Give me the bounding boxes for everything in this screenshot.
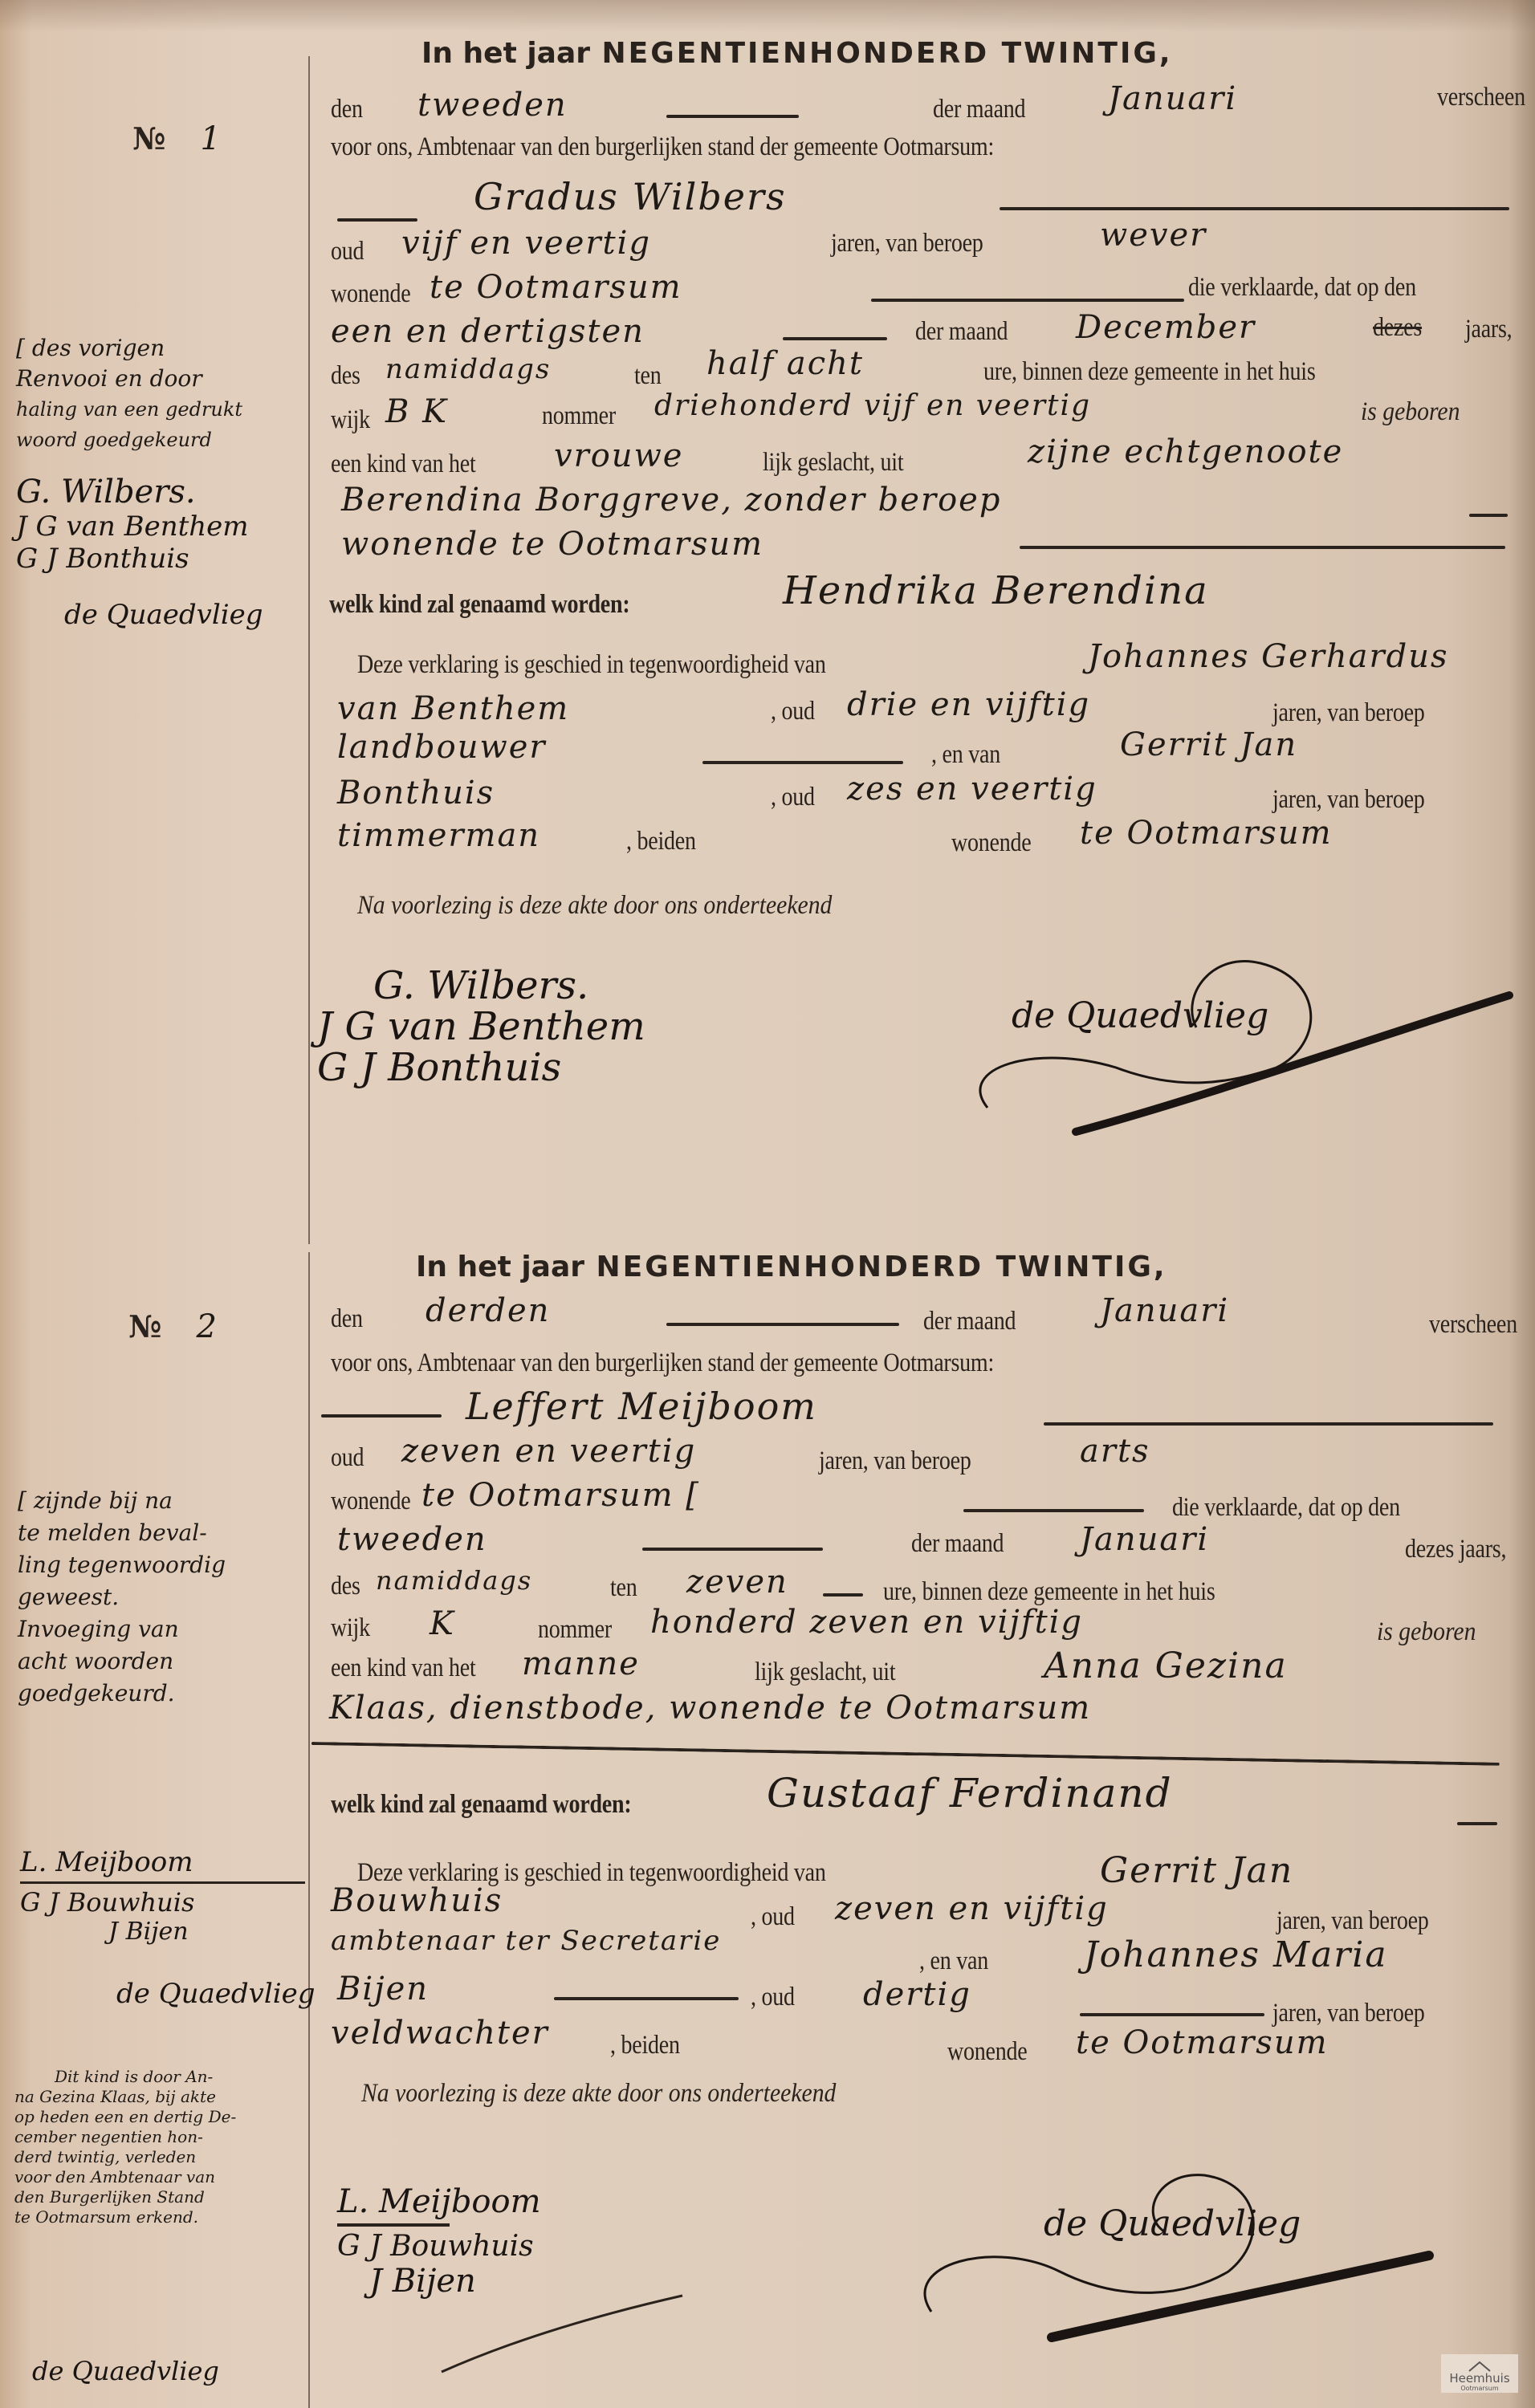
filler-rule [1080,2013,1264,2016]
mother-line-3: wonende te Ootmarsum [341,526,763,563]
witness1-age: zeven en vijftig [835,1890,1109,1927]
mother-line-2: Berendina Borggreve, zonder beroep [341,482,1001,519]
both-residence: te Ootmarsum [1076,2024,1329,2061]
recognition-note: Dit kind is door An- na Gezina Klaas, bi… [14,2067,236,2227]
witness1-name-b: Bouwhuis [331,1882,503,1919]
closing-line: Na voorlezing is deze akte door ons onde… [357,891,832,921]
declarant-residence: te Ootmarsum [430,269,682,306]
filler-rule [1469,514,1508,517]
label-des: des [331,1572,360,1601]
child-sex: manne [522,1645,640,1682]
filler-rule [666,115,799,118]
filler-rule [337,218,417,222]
witness2-age: zes en veertig [847,771,1097,807]
mother-line-1: Anna Gezina [1044,1645,1288,1686]
label-oud: oud [331,1443,364,1473]
label-child: een kind van het [331,1653,476,1683]
declarant-name: Leffert Meijboom [466,1385,817,1428]
filler-rule [823,1593,863,1597]
margin-signatures: G. Wilbers. J G van Benthem G J Bonthuis… [16,474,263,631]
label-child: een kind van het [331,449,476,479]
filler-rule [554,1997,739,2000]
day-value: derden [425,1292,550,1329]
margin-note: [ des vorigen Renvooi en door haling van… [16,333,242,455]
label-verscheen: verscheen [1437,83,1525,112]
filler-rule [1020,546,1505,549]
wijk-value: K [430,1605,455,1642]
birth-month: Januari [1080,1521,1209,1558]
label-oud: oud [331,237,364,266]
label-wonende: wonende [331,1487,410,1516]
mother-line-2: Klaas, dienstbode, wonende te Ootmarsum [329,1690,1091,1727]
roof-icon [1468,2361,1492,2372]
label-den: den [331,95,363,124]
label-wonende: wonende [331,279,410,309]
label-witness-age: , oud [751,1902,795,1932]
official-line: voor ons, Ambtenaar van den burgerlijken… [331,132,994,162]
label-witness-occupation: jaren, van beroep [1272,698,1425,728]
filler-rule [321,1414,442,1418]
label-witness: Deze verklaring is geschied in tegenwoor… [357,650,826,680]
signature: G. Wilbers. [373,963,645,1008]
witness1-age: drie en vijftig [847,686,1090,723]
official-line: voor ons, Ambtenaar van den burgerlijken… [331,1348,994,1378]
label-verscheen: verscheen [1429,1310,1517,1340]
label-and: , en van [919,1946,988,1976]
signature-block: G. Wilbers. J G van Benthem G J Bonthuis [317,963,645,1090]
label-ten: ten [610,1573,637,1603]
margin-rule [308,56,310,1244]
closing-line: Na voorlezing is deze akte door ons onde… [361,2079,836,2109]
label-birth-month: der maand [915,317,1008,347]
label-wijk: wijk [331,1613,370,1643]
label-birth-month: der maand [911,1529,1004,1559]
child-sex: vrouwe [554,437,683,474]
witness2-age: dertig [863,1976,971,2013]
act-number: № 2 [128,1308,218,1345]
label-nommer: nommer [542,401,616,431]
label-ure: ure, binnen deze gemeente in het huis [983,357,1315,387]
struck-word: dezes [1373,313,1422,343]
declarant-residence: te Ootmarsum [ [421,1477,700,1514]
label-occupation: jaren, van beroep [819,1446,971,1476]
witness2-name-a: Johannes Maria [1084,1934,1388,1975]
month-value: Januari [1100,1292,1229,1329]
label-child-name: welk kind zal genaamd worden: [331,1790,631,1820]
hour: zeven [686,1564,788,1601]
filler-rule [666,1323,899,1326]
witness2-name-b: Bijen [337,1971,429,2007]
birth-day: een en dertigsten [331,313,645,350]
filler-rule [871,299,1184,302]
declarant-occupation: arts [1080,1433,1150,1470]
witness2-name-b: Bonthuis [337,775,495,811]
signature: G J Bonthuis [317,1045,645,1090]
filler-rule [963,1509,1144,1512]
signature-flourish-icon [883,2167,1445,2368]
label-witness-age: , oud [751,1983,795,2012]
witness2-occupation: veldwachter [331,2015,549,2052]
filler-rule [642,1548,823,1551]
declarant-occupation: wever [1100,217,1207,254]
label-both-residence: wonende [951,828,1031,858]
label-declared: die verklaarde, dat op den [1188,273,1416,303]
birth-month: December [1076,309,1256,346]
witness1-occupation: ambtenaar ter Secretarie [331,1925,721,1957]
label-wijk: wijk [331,405,370,435]
label-year-ref: dezes jaars, [1405,1535,1506,1564]
label-month: der maand [923,1307,1016,1336]
witness2-occupation: timmerman [337,817,540,854]
declarant-name: Gradus Wilbers [474,175,787,218]
margin-note: [ zijnde bij na te melden beval- ling te… [18,1485,226,1710]
underline [337,2223,450,2227]
both-residence: te Ootmarsum [1080,815,1333,852]
label-witness-occupation: jaren, van beroep [1272,785,1425,815]
month-value: Januari [1108,80,1237,117]
page-edge [1509,0,1535,2408]
witness1-name-a: Gerrit Jan [1100,1850,1293,1891]
declarant-age: vijf en veertig [401,225,651,262]
label-year-ref: jaars, [1465,315,1512,344]
house-number: honderd zeven en vijftig [650,1604,1083,1641]
heemhuis-logo: Heemhuis Ootmarsum [1441,2354,1518,2393]
signature-block: L. Meijboom G J Bouwhuis J Bijen [337,2183,541,2300]
filler-rule [311,1742,1500,1766]
act-heading: In het jaar NEGENTIENHONDERD TWINTIG, [421,37,1173,70]
mother-line-1: zijne echtgenoote [1028,433,1343,470]
filler-rule [1044,1422,1493,1426]
house-number: driehonderd vijf en veertig [654,389,1091,422]
witness1-occupation: landbouwer [337,729,547,766]
page-shadow [0,0,1535,32]
label-sex-suffix: lijk geslacht, uit [763,448,903,478]
signature-flourish-icon [955,947,1517,1148]
label-and: , en van [931,740,1000,770]
label-both: , beiden [626,827,696,856]
label-both-residence: wonende [947,2037,1027,2067]
signature: L. Meijboom [337,2183,541,2220]
label-both: , beiden [610,2031,680,2060]
label-den: den [331,1304,363,1334]
declarant-age: zeven en veertig [401,1433,696,1470]
daypart: namiddags [385,353,551,385]
day-value: tweeden [417,87,568,124]
witness2-name-a: Gerrit Jan [1120,726,1297,763]
wijk-value: B K [385,393,448,430]
label-child-name: welk kind zal genaamd worden: [329,590,629,620]
signature-underline-icon [434,2292,690,2380]
label-occupation: jaren, van beroep [831,229,983,258]
recognition-signature: de Quaedvlieg [32,2356,219,2386]
label-month: der maand [933,95,1025,124]
margin-rule [308,1252,310,2408]
witness1-name-a: Johannes Gerhardus [1088,638,1449,675]
filler-rule [1000,207,1509,210]
label-sex-suffix: lijk geslacht, uit [755,1658,895,1687]
filler-rule [1457,1822,1497,1825]
filler-rule [702,761,903,764]
hour: half acht [706,345,864,382]
witness1-name-b: van Benthem [337,690,569,727]
filler-rule [783,337,887,340]
label-born: is geboren [1377,1617,1476,1647]
label-nommer: nommer [538,1615,612,1645]
child-name: Hendrika Berendina [783,568,1209,613]
label-witness-age: , oud [771,697,815,726]
margin-signatures: L. Meijboom G J Bouwhuis J Bijen de Quae… [20,1846,315,2010]
birth-day: tweeden [337,1521,487,1558]
label-ten: ten [634,361,662,391]
label-witness-occupation: jaren, van beroep [1276,1906,1429,1936]
act-heading: In het jaar NEGENTIENHONDERD TWINTIG, [416,1251,1167,1283]
act-number: № 1 [132,120,222,157]
label-born: is geboren [1361,397,1460,427]
register-page: In het jaar NEGENTIENHONDERD TWINTIG, № … [0,0,1535,2408]
label-des: des [331,361,360,391]
label-witness-age: , oud [771,783,815,812]
signature: G J Bouwhuis [337,2230,541,2263]
signature: J G van Benthem [317,1004,645,1049]
child-name: Gustaaf Ferdinand [767,1770,1173,1816]
label-declared: die verklaarde, dat op den [1172,1493,1400,1523]
label-ure: ure, binnen deze gemeente in het huis [883,1577,1215,1607]
daypart: namiddags [376,1565,532,1596]
